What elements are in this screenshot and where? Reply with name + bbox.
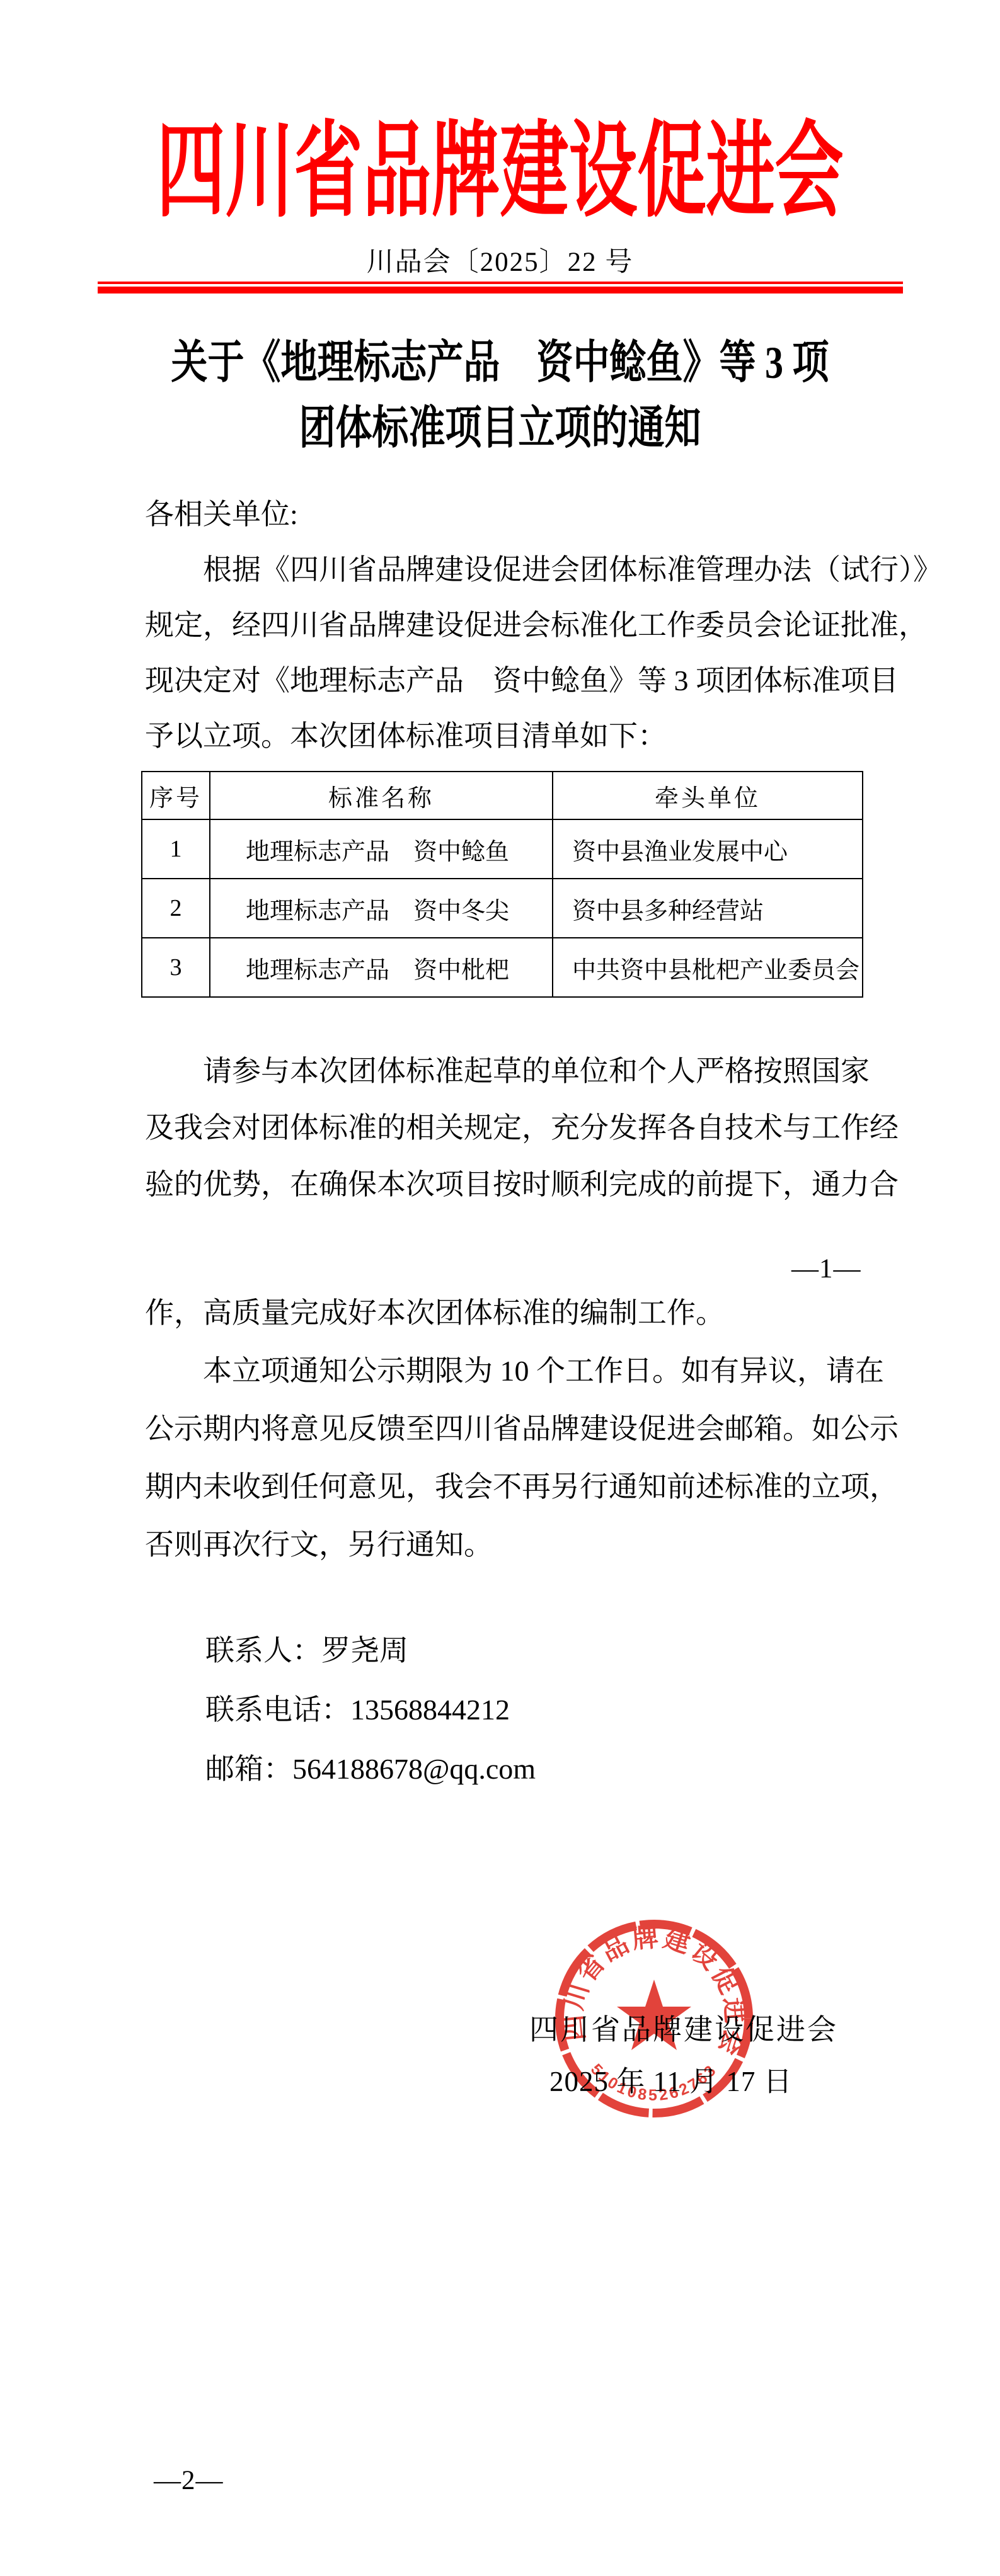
contact-email: 邮箱：564188678@qq.com xyxy=(205,1746,536,1787)
official-seal-stamp: 四川省品牌建设促进会 5101085262763 xyxy=(547,1910,764,2131)
contact-phone: 联系电话：13568844212 xyxy=(205,1687,510,1728)
letterhead-org-title: 四川省品牌建设促进会 xyxy=(0,88,1000,237)
table-cell-index: 2 xyxy=(142,879,210,938)
body-line: 予以立项。本次团体标准项目清单如下： xyxy=(145,718,857,755)
table-row: 3 地理标志产品 资中枇杷 中共资中县枇杷产业委员会 xyxy=(142,938,863,997)
svg-text:四川省品牌建设促进会: 四川省品牌建设促进会 xyxy=(555,1913,760,2061)
table-row: 1 地理标志产品 资中鲶鱼 资中县渔业发展中心 xyxy=(142,819,863,879)
body-line: 规定，经四川省品牌建设促进会标准化工作委员会论证批准， xyxy=(145,607,857,644)
table-cell-org: 资中县多种经营站 xyxy=(553,879,863,938)
notice-title-line1: 关于《地理标志产品 资中鲶鱼》等 3 项 xyxy=(0,325,1000,391)
body-line: 本立项通知公示期限为 10 个工作日。如有异议，请在 xyxy=(145,1353,857,1389)
body-line: 否则再次行文，另行通知。 xyxy=(145,1527,857,1563)
table-row: 2 地理标志产品 资中冬尖 资中县多种经营站 xyxy=(142,879,863,938)
table-header-org: 牵头单位 xyxy=(553,772,863,819)
table-cell-index: 1 xyxy=(142,819,210,879)
table-cell-index: 3 xyxy=(142,938,210,997)
doc-number: 川品会〔2025〕22 号 xyxy=(0,241,1000,279)
table-cell-name: 地理标志产品 资中冬尖 xyxy=(210,879,553,938)
table-header-row: 序号 标准名称 牵头单位 xyxy=(142,772,863,819)
body-line: 作，高质量完成好本次团体标准的编制工作。 xyxy=(145,1295,857,1331)
contact-person: 联系人：罗尧周 xyxy=(205,1627,408,1669)
body-line: 及我会对团体标准的相关规定，充分发挥各自技术与工作经 xyxy=(145,1110,857,1146)
body-line: 现决定对《地理标志产品 资中鲶鱼》等 3 项团体标准项目 xyxy=(145,663,857,699)
page-number-2: —2— xyxy=(154,2465,224,2496)
document-page: 四川省品牌建设促进会 川品会〔2025〕22 号 关于《地理标志产品 资中鲶鱼》… xyxy=(0,0,1000,2576)
table-header-index: 序号 xyxy=(142,772,210,819)
salutation: 各相关单位: xyxy=(145,496,857,533)
table-cell-name: 地理标志产品 资中鲶鱼 xyxy=(210,819,553,879)
red-divider-rule xyxy=(98,282,903,294)
seal-star-icon xyxy=(617,1980,691,2050)
table-cell-org: 资中县渔业发展中心 xyxy=(553,819,863,879)
page-number-1: —1— xyxy=(791,1253,861,1284)
body-line: 请参与本次团体标准起草的单位和个人严格按照国家 xyxy=(145,1053,857,1090)
table-cell-name: 地理标志产品 资中枇杷 xyxy=(210,938,553,997)
table-cell-org: 中共资中县枇杷产业委员会 xyxy=(553,938,863,997)
body-line: 公示期内将意见反馈至四川省品牌建设促进会邮箱。如公示 xyxy=(145,1411,857,1447)
body-line: 验的优势，在确保本次项目按时顺利完成的前提下，通力合 xyxy=(145,1166,857,1203)
table-header-name: 标准名称 xyxy=(210,772,553,819)
red-divider-thick-line xyxy=(98,287,903,294)
body-line: 期内未收到任何意见，我会不再另行通知前述标准的立项， xyxy=(145,1469,857,1505)
body-line: 根据《四川省品牌建设促进会团体标准管理办法（试行）》 xyxy=(145,552,857,588)
seal-ring-text: 四川省品牌建设促进会 xyxy=(555,1913,760,2061)
standards-table: 序号 标准名称 牵头单位 1 地理标志产品 资中鲶鱼 资中县渔业发展中心 2 地… xyxy=(141,771,863,998)
notice-title-line2: 团体标准项目立项的通知 xyxy=(0,390,1000,457)
